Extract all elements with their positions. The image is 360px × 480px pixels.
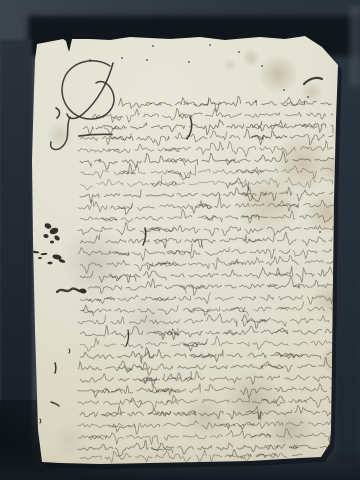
handwriting-dark-passage	[109, 424, 135, 432]
handwriting-dark-passage	[139, 374, 165, 386]
ink-blot-stroke	[40, 419, 41, 423]
handwriting-dark-passage	[110, 275, 136, 283]
handwriting-dark-passage	[192, 205, 212, 213]
handwriting-line	[78, 223, 333, 236]
handwriting-layer	[0, 0, 360, 480]
ink-blot-stroke	[56, 108, 60, 118]
ink-blot	[44, 222, 53, 230]
handwriting-line	[78, 429, 330, 445]
ink-blot-stroke	[304, 78, 322, 84]
handwriting-dark-passage	[191, 354, 216, 358]
backdrop-right-highlight	[350, 6, 360, 86]
ink-blot-stroke	[51, 402, 59, 406]
handwriting-dark-passage	[252, 121, 261, 128]
handwriting-line	[78, 314, 329, 327]
ink-speck	[283, 89, 285, 91]
handwriting-line	[80, 255, 333, 273]
handwriting-dark-passage	[109, 149, 119, 151]
handwriting-dark-passage	[270, 121, 286, 129]
ink-blot	[38, 257, 42, 259]
handwriting-line	[80, 209, 332, 222]
handwriting-line	[80, 187, 333, 202]
initial-letter-D	[51, 117, 70, 149]
ink-blot-stroke	[143, 228, 146, 245]
handwriting-line	[78, 395, 332, 409]
handwriting-dark-passage	[154, 329, 179, 339]
ink-blot-stroke	[55, 363, 56, 373]
handwriting-line	[88, 277, 334, 295]
handwriting-dark-passage	[229, 450, 250, 458]
ink-speck	[307, 96, 309, 98]
ink-speck	[238, 51, 240, 53]
ink-speck	[89, 59, 91, 61]
ink-blot-stroke	[69, 349, 70, 353]
handwriting-line	[80, 175, 333, 190]
handwriting-dark-passage	[168, 372, 191, 382]
ink-blot	[40, 253, 47, 256]
ink-speck	[121, 57, 123, 59]
ink-blot	[43, 234, 49, 239]
handwriting-dark-passage	[129, 398, 141, 407]
manuscript-photo	[0, 0, 360, 480]
ink-speck	[255, 100, 257, 102]
handwriting-line	[80, 164, 332, 178]
handwriting-dark-passage	[104, 127, 118, 133]
handwriting-dark-passage	[242, 215, 259, 219]
handwriting-dark-passage	[226, 160, 240, 164]
ink-speck	[188, 61, 190, 63]
handwriting-line	[80, 326, 334, 338]
handwriting-line	[80, 350, 334, 364]
handwriting-dark-passage	[118, 366, 132, 372]
handwriting-line	[78, 141, 333, 156]
ink-speck	[152, 45, 154, 47]
handwriting-dark-passage	[118, 205, 132, 215]
ink-speck	[146, 59, 148, 61]
ink-speck	[261, 65, 263, 67]
handwriting-line	[83, 120, 333, 135]
initial-letter-D	[67, 63, 113, 119]
handwriting-line	[78, 247, 331, 260]
handwriting-line	[80, 288, 333, 304]
ink-blot	[50, 241, 54, 244]
ink-speck	[209, 44, 211, 46]
ink-speck	[99, 159, 101, 161]
handwriting-dark-passage	[83, 305, 94, 316]
handwriting-line	[80, 232, 332, 247]
handwriting-line	[78, 357, 333, 375]
ink-speck	[319, 231, 321, 233]
ink-blot	[53, 234, 60, 241]
handwriting-line	[80, 372, 334, 385]
ink-blot-stroke	[57, 289, 84, 292]
handwriting-line	[92, 108, 333, 122]
handwriting-dark-passage	[261, 318, 270, 321]
handwriting-line	[80, 266, 334, 282]
handwriting-line	[80, 336, 333, 351]
ink-blot	[47, 262, 52, 265]
manuscript-page	[0, 0, 360, 480]
handwriting-dark-passage	[242, 315, 266, 328]
ink-blot-stroke	[79, 134, 112, 136]
